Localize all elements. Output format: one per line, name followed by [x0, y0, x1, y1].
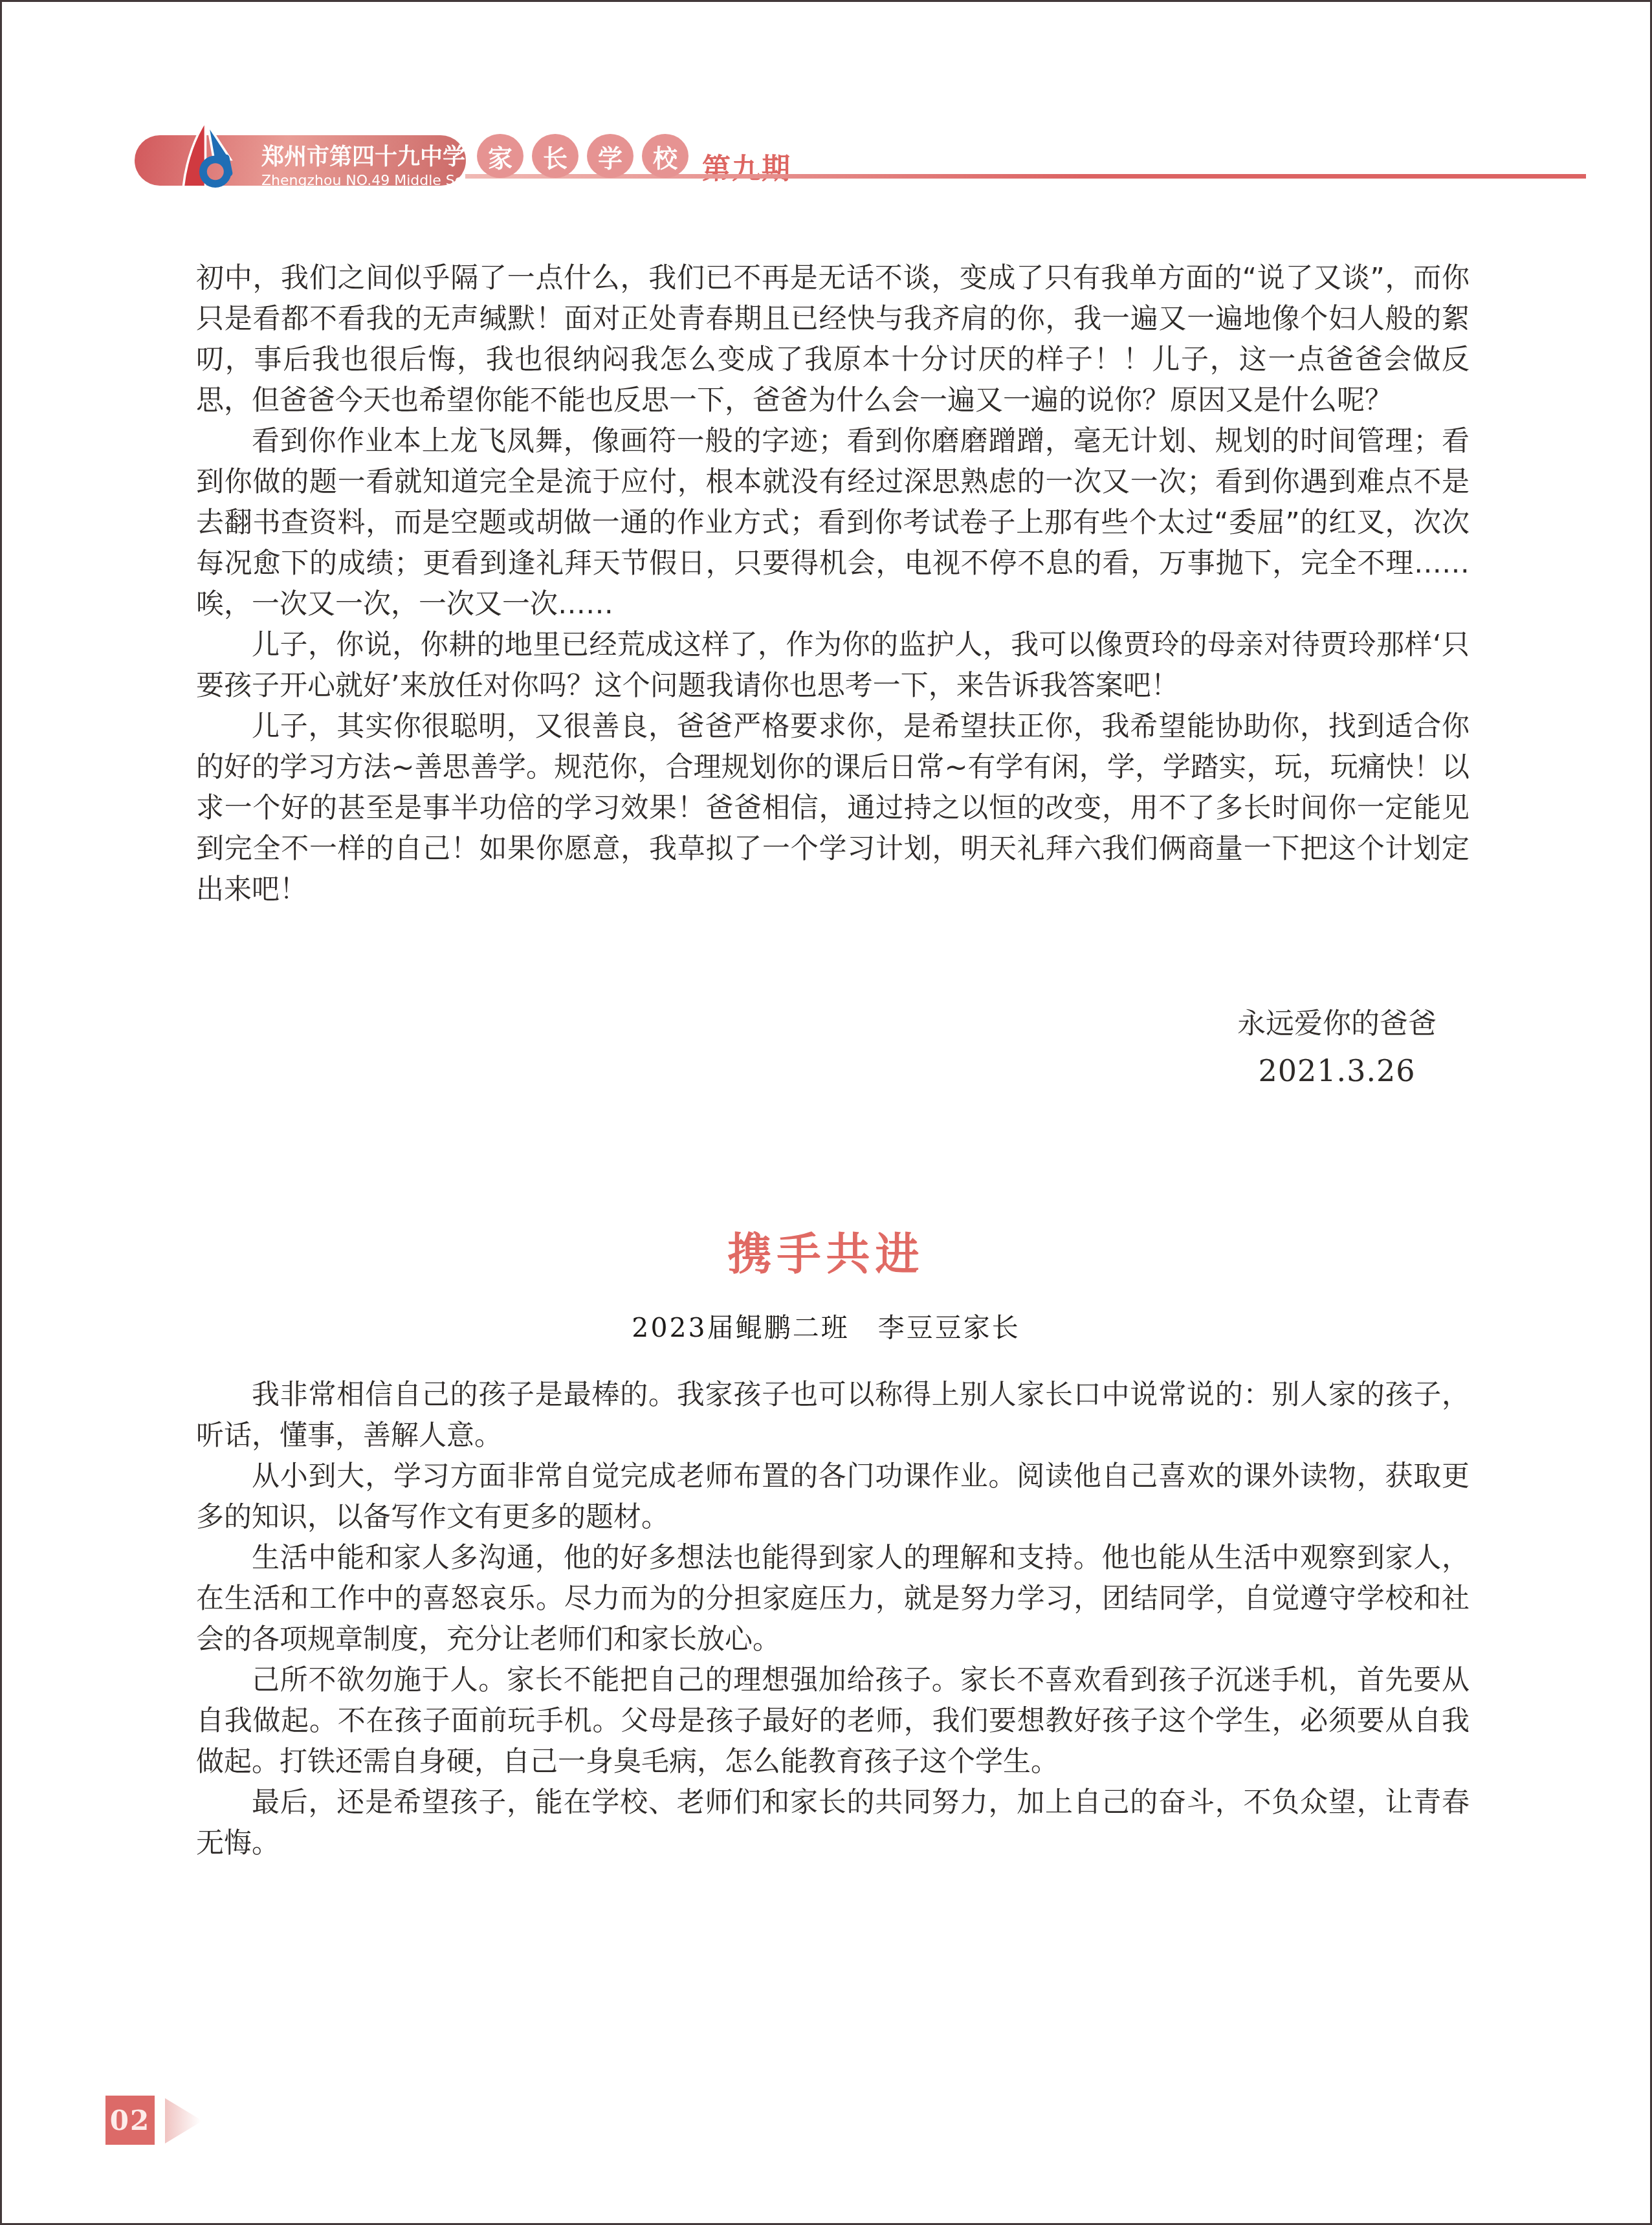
school-names: 郑州市第四十九中学 Zhengzhou NO.49 Middle School: [261, 139, 462, 189]
article-paragraph: 最后，还是希望孩子，能在学校、老师们和家长的共同努力，加上自己的奋斗，不负众望，…: [196, 1782, 1470, 1864]
letter-paragraph: 儿子，你说，你耕的地里已经荒成这样了，作为你的监护人，我可以像贾玲的母亲对待贾玲…: [196, 625, 1470, 707]
article-body: 我非常相信自己的孩子是最棒的。我家孩子也可以称得上别人家长口中说常说的：别人家的…: [196, 1375, 1470, 1864]
father-letter: 初中，我们之间似乎隔了一点什么，我们已不再是无话不谈，变成了只有我单方面的“说了…: [196, 258, 1470, 910]
article-paragraph: 我非常相信自己的孩子是最棒的。我家孩子也可以称得上别人家长口中说常说的：别人家的…: [196, 1375, 1470, 1456]
banner-badges: 家 长 学 校: [477, 134, 688, 178]
school-logo-sail-icon: [168, 120, 247, 196]
school-name-zh: 郑州市第四十九中学: [261, 139, 462, 171]
page-number: 02: [110, 2105, 150, 2136]
letter-paragraph: 儿子，其实你很聪明，又很善良，爸爸严格要求你，是希望扶正你，我希望能协助你，找到…: [196, 707, 1470, 910]
article-byline: 2023届鲲鹏二班 李豆豆家长: [2, 1306, 1650, 1344]
masthead-bar: 郑州市第四十九中学 Zhengzhou NO.49 Middle School: [135, 135, 466, 186]
article-title: 携手共进: [2, 1220, 1650, 1282]
article-paragraph: 生活中能和家人多沟通，他的好多想法也能得到家人的理解和支持。他也能从生活中观察到…: [196, 1538, 1470, 1660]
school-name-en: Zhengzhou NO.49 Middle School: [261, 173, 462, 189]
letter-paragraph: 初中，我们之间似乎隔了一点什么，我们已不再是无话不谈，变成了只有我单方面的“说了…: [196, 258, 1470, 421]
letter-signature-block: 永远爱你的爸爸 2021.3.26: [1237, 1001, 1437, 1094]
page: 郑州市第四十九中学 Zhengzhou NO.49 Middle School …: [0, 0, 1652, 2225]
banner-badge-1: 家: [477, 134, 523, 178]
article-paragraph: 己所不欲勿施于人。家长不能把自己的理想强加给孩子。家长不喜欢看到孩子沉迷手机，首…: [196, 1660, 1470, 1782]
banner-badge-2: 长: [532, 134, 578, 178]
banner-badge-4: 校: [642, 134, 688, 178]
page-arrow-icon: [165, 2098, 203, 2143]
banner-badge-3: 学: [587, 134, 633, 178]
letter-date: 2021.3.26: [1237, 1047, 1437, 1094]
letter-signature: 永远爱你的爸爸: [1237, 1001, 1437, 1047]
page-number-badge: 02: [105, 2096, 155, 2145]
article-paragraph: 从小到大，学习方面非常自觉完成老师布置的各门功课作业。阅读他自己喜欢的课外读物，…: [196, 1456, 1470, 1538]
issue-label: 第九期: [702, 146, 791, 187]
letter-paragraph: 看到你作业本上龙飞凤舞，像画符一般的字迹；看到你磨磨蹭蹭，毫无计划、规划的时间管…: [196, 421, 1470, 625]
